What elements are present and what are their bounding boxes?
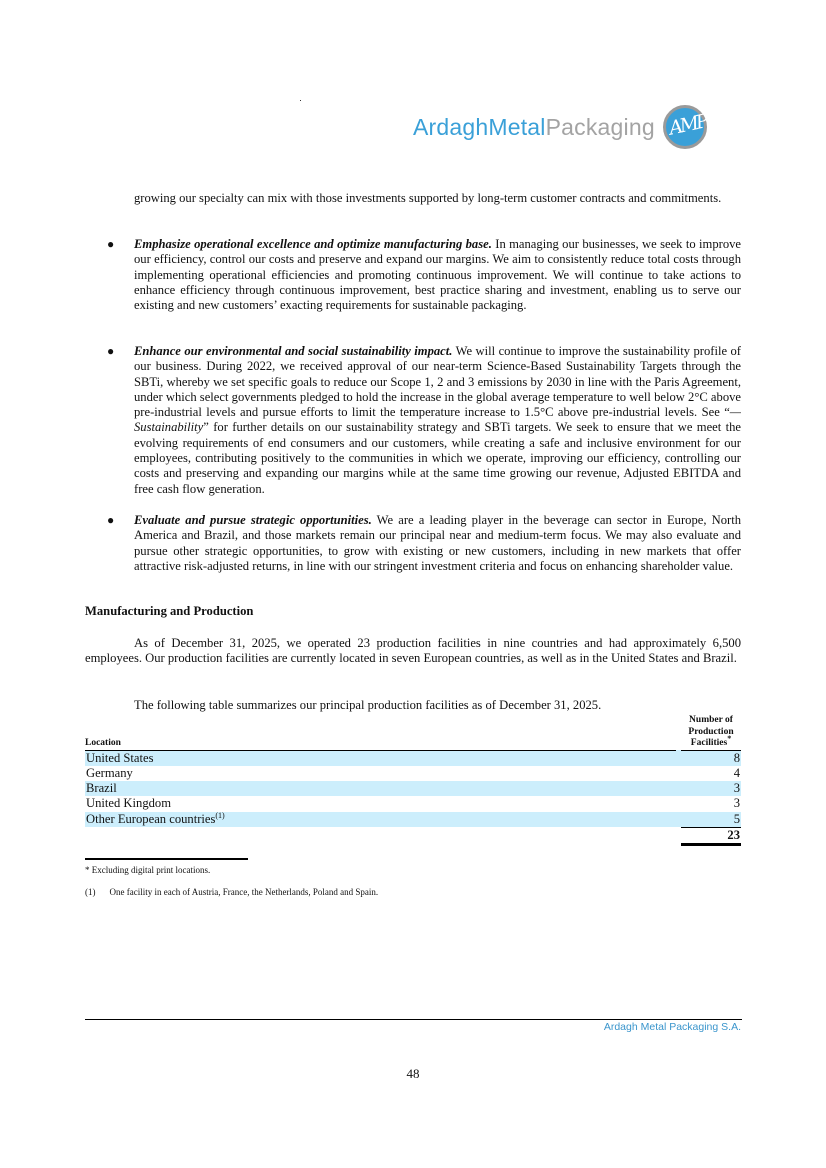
location-cell: United Kingdom — [85, 796, 676, 811]
company-logo: ArdaghMetalPackaging AMP — [413, 102, 707, 152]
bullet-title: Enhance our environmental and social sus… — [134, 344, 452, 358]
table-total-row: 23 — [85, 827, 741, 844]
empty-cell — [85, 827, 676, 844]
table-row: United Kingdom 3 — [85, 796, 741, 811]
table-row: Brazil 3 — [85, 781, 741, 796]
bullet-text: Enhance our environmental and social sus… — [134, 344, 741, 497]
bullet-title: Evaluate and pursue strategic opportunit… — [134, 513, 372, 527]
table-row: United States 8 — [85, 750, 741, 766]
column-header-count: Number of Production Facilities* — [681, 715, 741, 750]
bullet-icon: ● — [107, 513, 114, 528]
paragraph: growing our specialty can mix with those… — [85, 191, 741, 206]
logo-text-primary: ArdaghMetal — [413, 114, 546, 141]
location-text: Other European countries — [86, 812, 215, 826]
section-heading: Manufacturing and Production — [85, 604, 741, 619]
bullet-text: Evaluate and pursue strategic opportunit… — [134, 513, 741, 574]
footnote-marker: (1) — [215, 811, 224, 820]
column-header-location: Location — [85, 715, 676, 750]
table-intro: The following table summarizes our princ… — [85, 698, 741, 713]
heading-manufacturing: Manufacturing and Production — [85, 604, 741, 619]
footer-divider — [85, 1019, 742, 1020]
intro-continuation: growing our specialty can mix with those… — [85, 191, 741, 206]
bullet-item: ● Evaluate and pursue strategic opportun… — [85, 513, 741, 574]
footnote-star: * Excluding digital print locations. — [85, 865, 741, 876]
table-row: Other European countries(1) 5 — [85, 812, 741, 828]
bullet-title: Emphasize operational excellence and opt… — [134, 237, 492, 251]
footnote-divider — [85, 858, 248, 860]
bullet-item: ● Emphasize operational excellence and o… — [85, 237, 741, 313]
count-cell: 3 — [681, 781, 741, 796]
table-row: Germany 4 — [85, 766, 741, 781]
bullet-icon: ● — [107, 344, 114, 359]
count-cell: 8 — [681, 750, 741, 766]
facilities-table-wrap: Location Number of Production Facilities… — [85, 715, 741, 846]
footnotes: * Excluding digital print locations. (1)… — [85, 858, 741, 898]
header-line: Facilities — [691, 738, 727, 748]
page-number: 48 — [0, 1066, 826, 1082]
location-cell: Brazil — [85, 781, 676, 796]
footnote-label: (1) — [85, 887, 96, 897]
footnote-marker: * — [727, 734, 731, 743]
stray-mark — [300, 100, 301, 101]
paragraph: The following table summarizes our princ… — [85, 698, 741, 713]
footer-company-name: Ardagh Metal Packaging S.A. — [604, 1021, 741, 1033]
amp-logo-icon: AMP — [663, 105, 707, 149]
location-cell: United States — [85, 750, 676, 766]
footnote-one: (1)One facility in each of Austria, Fran… — [85, 887, 741, 898]
facilities-table: Location Number of Production Facilities… — [85, 715, 741, 846]
bullet-icon: ● — [107, 237, 114, 252]
location-cell: Germany — [85, 766, 676, 781]
footnote-text: One facility in each of Austria, France,… — [110, 887, 379, 897]
logo-text-secondary: Packaging — [546, 114, 655, 141]
logo-mark-text: AMP — [667, 110, 708, 139]
count-cell: 5 — [681, 812, 741, 828]
bullet-body: ” for further details on our sustainabil… — [134, 420, 741, 495]
total-cell: 23 — [681, 827, 741, 844]
paragraph: As of December 31, 2025, we operated 23 … — [85, 636, 741, 667]
count-cell: 4 — [681, 766, 741, 781]
count-cell: 3 — [681, 796, 741, 811]
header-line: Number of — [689, 715, 733, 725]
location-cell: Other European countries(1) — [85, 812, 676, 828]
bullet-text: Emphasize operational excellence and opt… — [134, 237, 741, 313]
section-paragraph: As of December 31, 2025, we operated 23 … — [85, 636, 741, 667]
bullet-item: ● Enhance our environmental and social s… — [85, 344, 741, 497]
